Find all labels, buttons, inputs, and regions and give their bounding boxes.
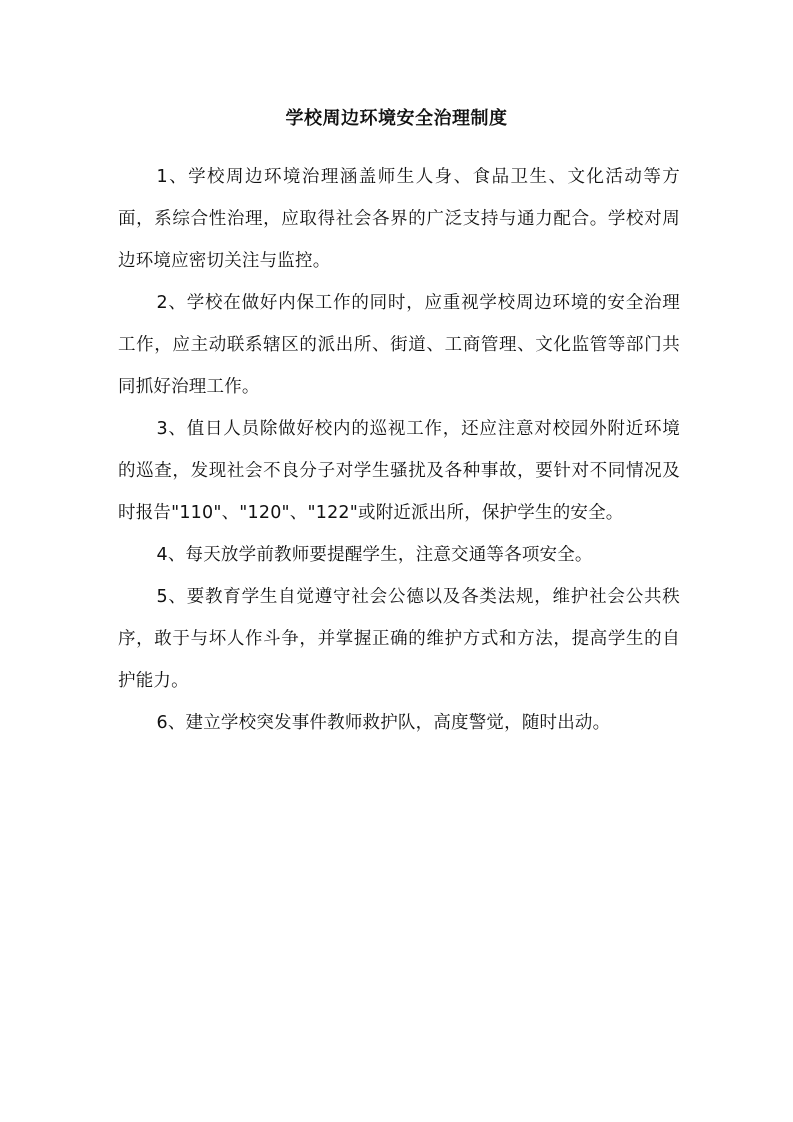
- paragraph-6: 6、建立学校突发事件教师救护队，高度警觉，随时出动。: [118, 702, 680, 744]
- paragraph-3: 3、值日人员除做好校内的巡视工作，还应注意对校园外附近环境的巡查，发现社会不良分…: [118, 408, 680, 534]
- paragraph-4: 4、每天放学前教师要提醒学生，注意交通等各项安全。: [118, 534, 680, 576]
- paragraph-5: 5、要教育学生自觉遵守社会公德以及各类法规，维护社会公共秩序，敢于与坏人作斗争，…: [118, 576, 680, 702]
- paragraph-2: 2、学校在做好内保工作的同时，应重视学校周边环境的安全治理工作，应主动联系辖区的…: [118, 282, 680, 408]
- document-body: 1、学校周边环境治理涵盖师生人身、食品卫生、文化活动等方面，系综合性治理，应取得…: [118, 156, 680, 744]
- paragraph-1: 1、学校周边环境治理涵盖师生人身、食品卫生、文化活动等方面，系综合性治理，应取得…: [118, 156, 680, 282]
- document-title: 学校周边环境安全治理制度: [0, 104, 793, 130]
